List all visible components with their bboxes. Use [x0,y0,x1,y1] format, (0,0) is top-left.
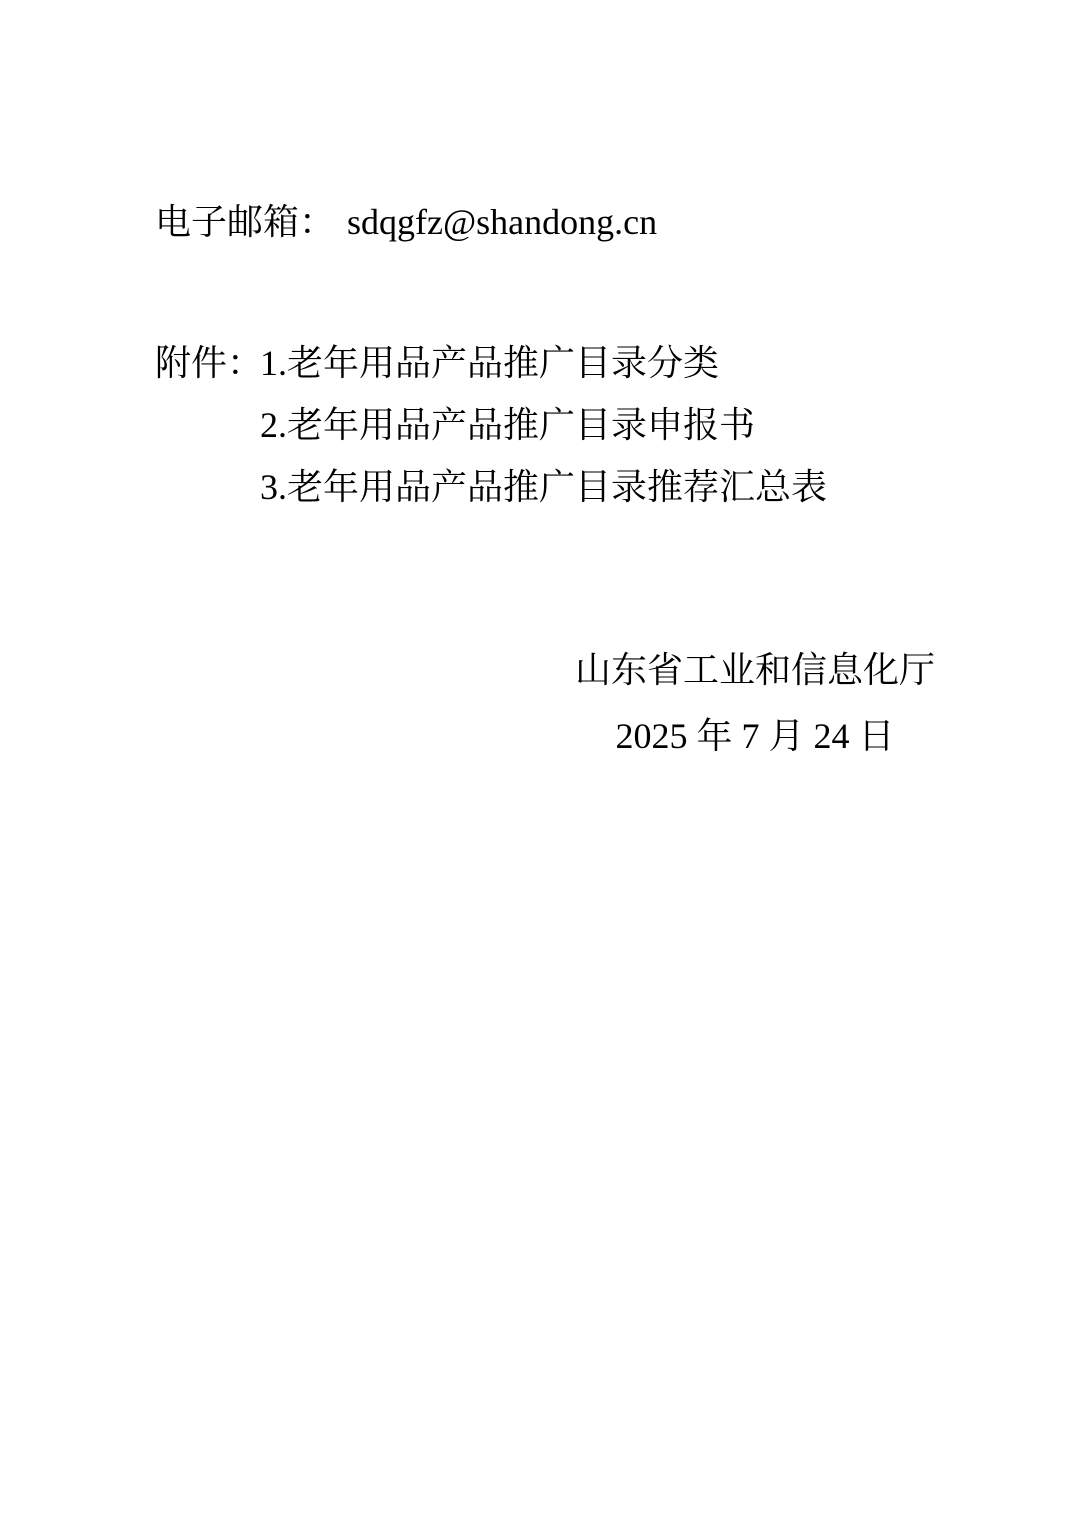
attachment-item-3: 3.老年用品产品推广目录推荐汇总表 [260,456,827,518]
attachment-item-2: 2.老年用品产品推广目录申报书 [260,394,827,456]
attachment-item-1: 1.老年用品产品推广目录分类 [260,332,827,394]
document-page: 电子邮箱：sdqgfz@shandong.cn 附件： 1.老年用品产品推广目录… [0,0,1080,1528]
email-address: sdqgfz@shandong.cn [347,202,657,242]
issuing-organization: 山东省工业和信息化厅 [575,648,935,692]
email-line: 电子邮箱：sdqgfz@shandong.cn [155,200,657,244]
attachments-label: 附件： [155,332,260,394]
signature-block: 山东省工业和信息化厅 2025 年 7 月 24 日 [575,648,935,758]
attachments-list: 1.老年用品产品推广目录分类 2.老年用品产品推广目录申报书 3.老年用品产品推… [260,332,827,518]
attachments-block: 附件： 1.老年用品产品推广目录分类 2.老年用品产品推广目录申报书 3.老年用… [155,332,827,518]
email-label: 电子邮箱： [155,202,335,242]
issue-date: 2025 年 7 月 24 日 [575,714,935,758]
